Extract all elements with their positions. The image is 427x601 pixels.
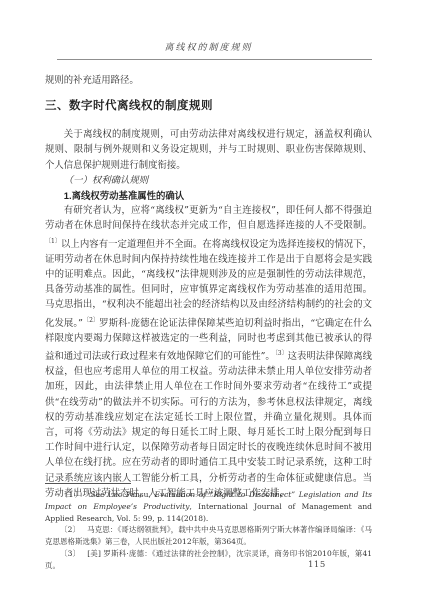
text-segment: 有研究者认为，应将“离线权”更新为“自主连接权”，即任何人都不得强迫劳动者在休息…: [45, 205, 372, 231]
header-divider: [57, 59, 372, 60]
footnote-ref: 〔1〕: [45, 238, 61, 245]
page-number: 115: [308, 560, 326, 570]
subheading-numbered: 1.离线权劳动基准属性的确认: [45, 188, 372, 203]
footnote-2: 〔2〕马克思：《哥达纲领批判》，载中共中央马克思恩格斯列宁斯大林著作编译局编译：…: [45, 524, 372, 548]
footnote-area: 〔1〕See Luc Pansu, Evaluation of “Right t…: [45, 483, 372, 572]
footnote-ref: 〔3〕: [275, 350, 288, 357]
paragraph-1: 关于离线权的制度规则，可由劳动法律对离线权进行规定，涵盖权利确认规则、限制与例外…: [45, 127, 372, 173]
section-heading: 三、数字时代离线权的制度规则: [45, 98, 372, 114]
running-header: 离线权的制度规则: [45, 35, 372, 54]
text-segment: See Luc Pansu,: [91, 490, 155, 499]
footnote-ref: 〔2〕: [83, 317, 99, 324]
page-content: 离线权的制度规则 规则的补充适用路径。 三、数字时代离线权的制度规则 关于离线权…: [45, 0, 372, 501]
footnote-label: 〔3〕: [60, 549, 80, 558]
footnote-label: 〔2〕: [60, 525, 80, 534]
subheading-kai: （一）权利确认规则: [45, 173, 372, 188]
footnote-divider: [45, 483, 131, 484]
paragraph-2: 有研究者认为，应将“离线权”更新为“自主连接权”，即任何人都不得强迫劳动者在休息…: [45, 203, 372, 501]
text-segment: 以上内容有一定道理但并不全面。在将离线权设定为选择连接权的情况下，证明劳动者在休…: [45, 239, 372, 329]
text-segment: 这表明法律保障离线权益，但也应考虑用人单位的用工权益。劳动法律未禁止用人单位安排…: [45, 351, 372, 499]
footnote-label: 〔1〕: [60, 490, 84, 499]
text-segment: 马克思：《哥达纲领批判》，载中共中央马克思恩格斯列宁斯大林著作编译局编译：《马克…: [45, 525, 372, 546]
running-header-title: 离线权的制度规则: [164, 43, 252, 53]
intro-paragraph: 规则的补充适用路径。: [45, 73, 372, 88]
footnote-1: 〔1〕See Luc Pansu, Evaluation of “Right t…: [45, 489, 372, 524]
document-page: 离线权的制度规则 规则的补充适用路径。 三、数字时代离线权的制度规则 关于离线权…: [0, 0, 427, 601]
